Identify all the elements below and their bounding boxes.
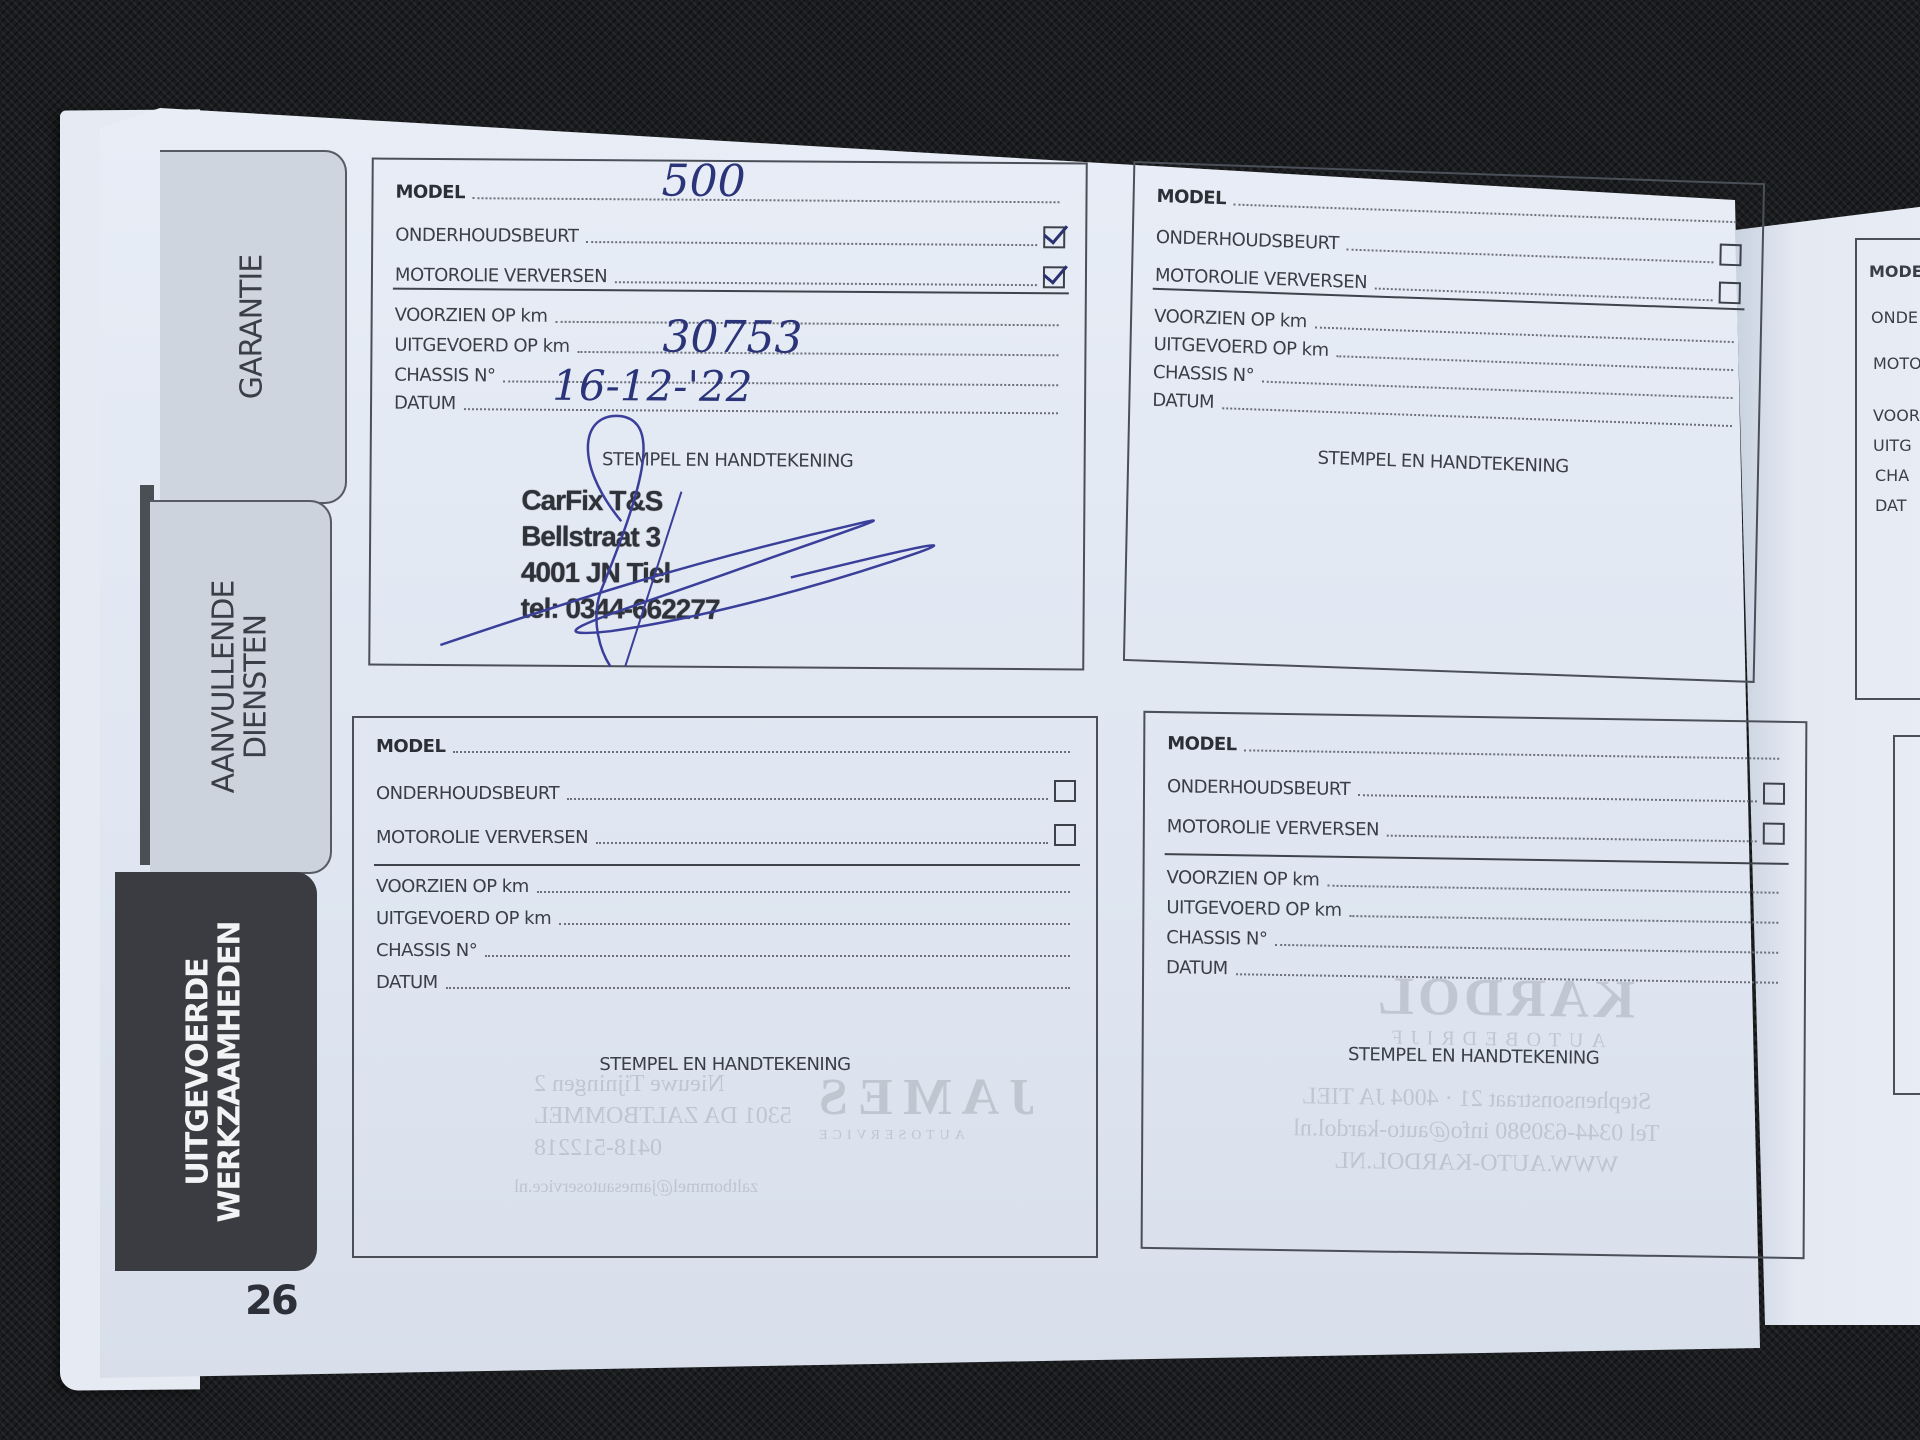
service-entry-bottom-left: MODEL ONDERHOUDSBEURT MOTOROLIE VERVERSE… xyxy=(352,716,1098,1258)
field-label: DATUM xyxy=(1152,390,1214,413)
tab-label: GARANTIE xyxy=(237,255,269,400)
field-label: ONDERHOUDSBEURT xyxy=(1167,776,1350,800)
section-divider xyxy=(374,864,1080,866)
chassis-field[interactable]: CHASSIS N° xyxy=(1166,927,1784,958)
dotted-line xyxy=(1347,248,1714,264)
dotted-line xyxy=(453,750,1070,753)
field-label: ONDERHOUDSBEURT xyxy=(1156,227,1339,254)
field-label: MODEL xyxy=(376,736,445,757)
model-field[interactable]: MODEL xyxy=(376,736,1076,757)
partial-label: CHA xyxy=(1875,466,1909,485)
field-label: MODEL xyxy=(1156,186,1226,209)
dotted-line xyxy=(537,890,1070,893)
tab-label: UITGEVOERDE WERKZAAMHEDEN xyxy=(183,921,247,1222)
partial-label: DAT xyxy=(1875,496,1907,515)
dotted-line xyxy=(1327,884,1778,894)
chassis-field[interactable]: CHASSIS N° xyxy=(376,940,1076,961)
dotted-line xyxy=(446,986,1070,989)
dotted-line xyxy=(1336,354,1733,371)
show-through-logo-kardol: KARDOL xyxy=(1374,964,1635,1030)
checkbox[interactable] xyxy=(1719,282,1741,305)
motorolie-field[interactable]: MOTOROLIE VERVERSEN xyxy=(376,824,1076,848)
field-label: MODEL xyxy=(1167,733,1237,755)
tab-garantie[interactable]: GARANTIE xyxy=(160,150,347,504)
checkbox[interactable] xyxy=(1054,824,1076,846)
dotted-line xyxy=(1358,793,1757,802)
signature-scribble xyxy=(370,160,1090,673)
model-field[interactable]: MODEL xyxy=(1156,186,1742,227)
field-label: ONDERHOUDSBEURT xyxy=(376,783,559,804)
dotted-line xyxy=(559,922,1070,925)
next-page-entry-partial: MODE ONDE MOTO VOOR UITG CHA DAT xyxy=(1855,238,1920,700)
field-label: CHASSIS N° xyxy=(1166,927,1267,950)
onderhoudsbeurt-field[interactable]: ONDERHOUDSBEURT xyxy=(1167,773,1785,807)
show-through-sub-kardol: AUTOBEDRIJF xyxy=(1384,1027,1606,1053)
model-field[interactable]: MODEL xyxy=(1167,733,1785,764)
partial-label: VOOR xyxy=(1873,406,1920,425)
voorzien-km-field[interactable]: VOORZIEN OP km xyxy=(376,876,1076,897)
field-label: MOTOROLIE VERVERSEN xyxy=(1167,816,1379,840)
partial-label: UITG xyxy=(1873,436,1912,455)
checkbox[interactable] xyxy=(1054,780,1076,802)
field-label: DATUM xyxy=(1166,957,1228,979)
stamp-signature-label: STEMPEL EN HANDTEKENING xyxy=(1129,441,1757,484)
ghost-line: 5301 DA ZALTBOMMEL xyxy=(534,1100,792,1132)
tab-label: AANVULLENDE DIENSTEN xyxy=(208,581,272,794)
uitgevoerd-km-field[interactable]: UITGEVOERD OP km xyxy=(376,908,1076,929)
ghost-line: WWW.AUTO-KARDOL.NL xyxy=(1293,1144,1660,1182)
tab-aanvullende-diensten[interactable]: AANVULLENDE DIENSTEN xyxy=(150,500,332,874)
checkbox[interactable] xyxy=(1719,244,1741,267)
dotted-line xyxy=(1275,943,1778,954)
service-entry-top-right: MODEL ONDERHOUDSBEURT MOTOROLIE VERVERSE… xyxy=(1123,161,1765,683)
field-label: UITGEVOERD OP km xyxy=(376,908,551,929)
dotted-line xyxy=(1234,203,1736,224)
show-through-email-james: zaltbommel@jamesautoservice.nl xyxy=(514,1176,758,1197)
dotted-line xyxy=(1349,914,1778,924)
field-label: VOORZIEN OP km xyxy=(376,876,529,897)
onderhoudsbeurt-field[interactable]: ONDERHOUDSBEURT xyxy=(376,780,1076,804)
field-label: MOTOROLIE VERVERSEN xyxy=(376,827,588,848)
datum-field[interactable]: DATUM xyxy=(376,972,1076,993)
field-label: VOORZIEN OP km xyxy=(1154,306,1307,332)
dotted-line xyxy=(485,954,1070,957)
partial-label: MOTO xyxy=(1873,354,1920,373)
tab-uitgevoerde-werkzaamheden[interactable]: UITGEVOERDE WERKZAAMHEDEN xyxy=(115,872,317,1271)
voorzien-km-field[interactable]: VOORZIEN OP km xyxy=(1167,867,1785,898)
show-through-address-kardol: Stephensonstraat 21 · 4004 JA TIEL Tel 0… xyxy=(1293,1080,1660,1182)
show-through-logo-james: JAMES xyxy=(809,1068,1035,1127)
dotted-line xyxy=(1387,834,1757,843)
partial-label: ONDE xyxy=(1871,308,1918,327)
dotted-line xyxy=(1222,406,1732,427)
service-entry-top-left: MODEL ONDERHOUDSBEURT MOTOROLIE VERVERSE… xyxy=(368,158,1088,671)
show-through-sub-james: AUTOSERVICE xyxy=(814,1128,965,1144)
section-divider xyxy=(1165,853,1789,865)
dotted-line xyxy=(1315,325,1734,343)
ghost-line: Nieuwe Tijningen 2 xyxy=(534,1068,792,1100)
field-label: DATUM xyxy=(376,972,438,993)
checkbox[interactable] xyxy=(1763,783,1785,805)
partial-label: MODE xyxy=(1869,262,1920,281)
field-label: CHASSIS N° xyxy=(376,940,477,961)
dotted-line xyxy=(567,797,1048,800)
dotted-line xyxy=(1245,748,1780,759)
page-number: 26 xyxy=(245,1278,297,1324)
ghost-line: 0418-512218 xyxy=(534,1132,792,1164)
onderhoudsbeurt-field[interactable]: ONDERHOUDSBEURT xyxy=(1156,224,1742,268)
field-label: UITGEVOERD OP km xyxy=(1166,897,1341,921)
dotted-line xyxy=(596,841,1048,844)
field-label: VOORZIEN OP km xyxy=(1167,867,1320,890)
uitgevoerd-km-field[interactable]: UITGEVOERD OP km xyxy=(1166,897,1784,928)
service-entry-bottom-right: MODEL ONDERHOUDSBEURT MOTOROLIE VERVERSE… xyxy=(1141,711,1808,1259)
checkbox[interactable] xyxy=(1763,823,1785,845)
next-page-entry-partial-2 xyxy=(1893,735,1920,1095)
field-label: UITGEVOERD OP km xyxy=(1153,334,1328,361)
field-label: CHASSIS N° xyxy=(1153,362,1255,387)
motorolie-field[interactable]: MOTOROLIE VERVERSEN xyxy=(1167,813,1785,847)
show-through-stamp-james: Nieuwe Tijningen 2 5301 DA ZALTBOMMEL 04… xyxy=(534,1068,792,1164)
